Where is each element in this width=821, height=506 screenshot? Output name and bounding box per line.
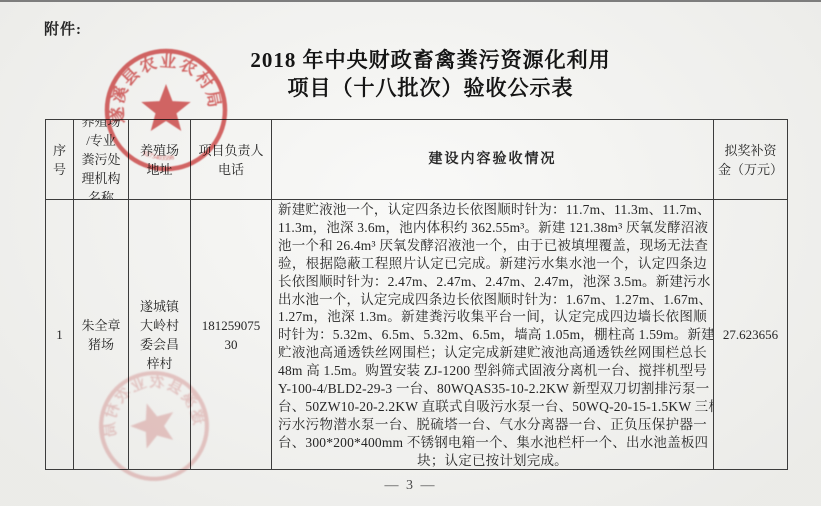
text-line: 时针为：5.32m、6.5m、5.32m、6.5m，墙高 1.05m，棚柱高 1… [278, 326, 707, 344]
text-line: 长依图顺时针为：2.47m、2.47m、2.47m、2.47m，池深 3.5m。… [278, 273, 707, 291]
col-header-construction: 建设内容验收情况 [272, 120, 714, 200]
text-line: 项目负责人 [198, 141, 263, 160]
text-line: 30 [225, 335, 238, 354]
row-seq: 1 [46, 200, 74, 470]
text-line: 梓村 [146, 354, 172, 373]
text-line: 出水池一个，认定完成四条边长依图顺时针为：1.67m、1.27m、1.67m、 [278, 291, 707, 309]
scanned-document-page: { "page": { "attachment_label": "附件:", "… [0, 0, 821, 506]
col-header-farm-name: 养殖场/专业粪污处理机构名称 [74, 120, 129, 200]
page-title: 2018 年中央财政畜禽粪污资源化利用 项目（十八批次）验收公示表 [120, 46, 741, 102]
text-line: 池一个和 26.4m³ 厌氧发酵沼液池一个，由于已被填埋覆盖，现场无法查 [278, 237, 707, 255]
text-line: 名称 [88, 188, 114, 200]
text-line: 181259075 [202, 316, 261, 335]
text-line: 11.3m，池深 3.6m，池内体积约 362.55m³。新建 121.38m³… [278, 219, 707, 237]
text-line: 验，根据隐蔽工程照片认定已完成。新建污水集水池一个，认定四条边 [278, 255, 707, 273]
text-line: 台、300*200*400mm 不锈钢电箱一个、集水池栏杆一个、出水池盖板四 [278, 434, 707, 452]
text-line: 猪场 [88, 335, 114, 354]
col-header-farm-address: 养殖场地址 [129, 120, 191, 200]
text-line: 新建贮液池一个，认定四条边长依图顺时针为：11.7m、11.3m、11.7m、 [278, 201, 707, 219]
text-line: 金（万元） [718, 160, 783, 179]
farm-name: 朱全章猪场 [74, 200, 129, 470]
text-line: 序 [53, 141, 66, 160]
construction-details: 新建贮液池一个，认定四条边长依图顺时针为：11.7m、11.3m、11.7m、1… [272, 200, 714, 470]
text-line: 理机构 [81, 169, 120, 188]
text-line: 朱全章 [81, 316, 120, 335]
text-line: 拟奖补资 [724, 141, 776, 160]
col-header-seq: 序号 [46, 120, 74, 200]
text-line: 电话 [218, 160, 244, 179]
text-line: 遂城镇 [140, 297, 179, 316]
text-line: 委会昌 [140, 335, 179, 354]
page-title-line1: 2018 年中央财政畜禽粪污资源化利用 [120, 46, 741, 74]
text-line: 粪污处 [81, 150, 120, 169]
text-line: 贮液池高通透铁丝网围栏；认定完成新建贮液池高通透铁丝网围栏总长 [278, 344, 707, 362]
text-line: 48m 高 1.5m。购置安装 ZJ-1200 型斜筛式固液分离机一台、搅拌机型… [278, 362, 707, 380]
text-line: 污水污物潜水泵一台、脱硫塔一台、气水分离器一台、正负压保护器一 [278, 416, 707, 434]
farm-address: 遂城镇大岭村委会昌梓村 [129, 200, 191, 470]
page-number: — 3 — [0, 478, 821, 494]
col-header-subsidy: 拟奖补资金（万元） [714, 120, 788, 200]
text-line: 地址 [146, 160, 172, 179]
subsidy-amount: 27.623656 [714, 200, 788, 470]
acceptance-table: 序号 养殖场/专业粪污处理机构名称 养殖场地址 项目负责人电话 建设内容验收情况… [45, 119, 788, 470]
contact-phone: 18125907530 [191, 200, 272, 470]
attachment-label: 附件: [44, 18, 82, 39]
text-line: Y-100-4/BLD2-29-3 一台、80WQAS35-10-2.2KW 新… [278, 380, 707, 398]
text-line: 养殖场 [140, 141, 179, 160]
text-line: 养殖场 [81, 120, 120, 131]
text-line: 大岭村 [140, 316, 179, 335]
text-line: 号 [53, 160, 66, 179]
text-line: /专业 [86, 131, 116, 150]
text-line: 块；认定已按计划完成。 [278, 452, 707, 470]
text-line: 1.27m，池深 1.3m。新建粪污收集平台一间，认定完成四边墙长依图顺 [278, 308, 707, 326]
text-line: 台、50ZW10-20-2.2KW 直联式自吸污水泵一台、50WQ-20-15-… [278, 398, 707, 416]
col-header-phone: 项目负责人电话 [191, 120, 272, 200]
page-title-line2: 项目（十八批次）验收公示表 [120, 74, 741, 102]
